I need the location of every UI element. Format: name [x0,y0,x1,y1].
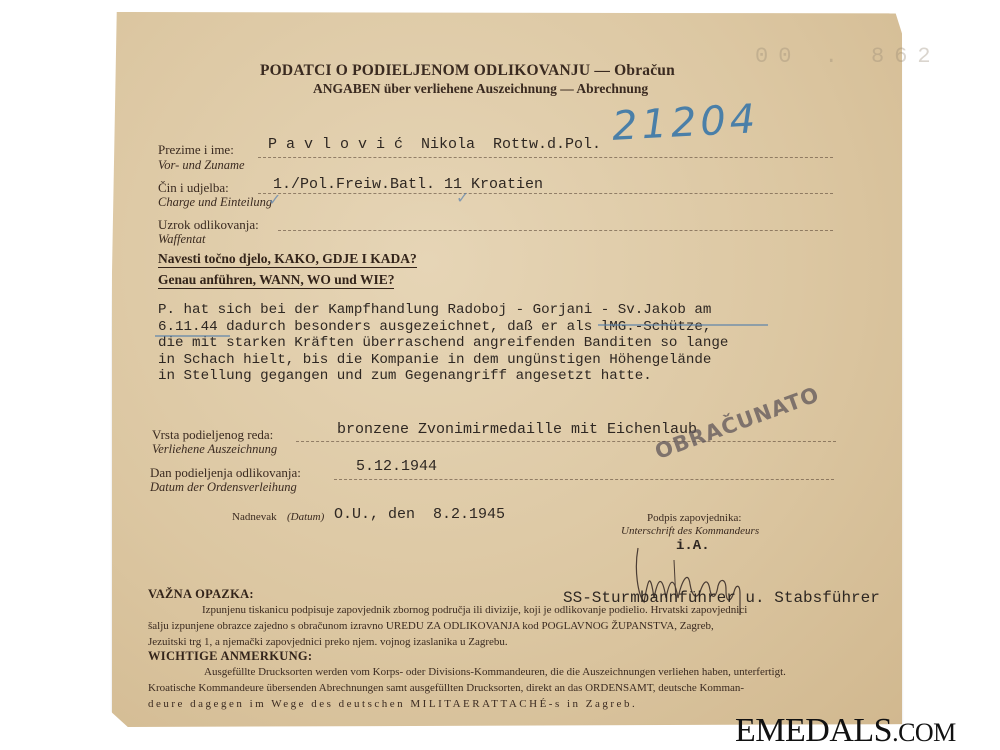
notes-de-line: Ausgefüllte Drucksorten werden vom Korps… [148,664,786,680]
signature-label-hr: Podpis zapovjednika: [647,512,741,524]
reason-label-de: Waffentat [158,232,205,247]
notes-de-line: deure dagegen im Wege des deutschen MILI… [148,696,786,712]
notes-hr-line: Izpunjenu tiskanicu podpisuje zapovjedni… [148,602,747,618]
award-date-label-hr: Dan podieljenja odlikovanja: [150,465,301,481]
name-label-de: Vor- und Zuname [158,158,245,173]
notes-hr-heading: VAŽNA OPAZKA: [148,587,254,602]
award-type-label-hr: Vrsta podieljenog reda: [152,427,273,443]
narrative-line: in Schach hielt, bis die Kompanie in dem… [158,352,728,369]
reason-dotted-line [278,230,833,231]
document-subtitle: ANGABEN über verliehene Auszeichnung — A… [313,81,648,97]
award-date-label-de: Datum der Ordensverleihung [150,480,297,495]
award-type-label-de: Verliehene Auszeichnung [152,442,277,457]
rank-unit-dotted-line [258,193,833,194]
instruction-de: Genau anführen, WANN, WO und WIE? [158,272,394,289]
narrative-line: 6.11.44 dadurch besonders ausgezeichnet,… [158,319,728,336]
narrative-line: die mit starken Kräften überraschend ang… [158,335,728,352]
watermark-domain: .COM [892,718,956,747]
narrative-line: P. hat sich bei der Kampfhandlung Radobo… [158,302,728,319]
reason-label-hr: Uzrok odlikovanja: [158,217,259,233]
name-dotted-line [258,157,833,158]
handwritten-number: 21204 [611,96,760,150]
dated-value: O.U., den 8.2.1945 [334,506,505,523]
name-value: P a v l o v i ć Nikola Rottw.d.Pol. [268,136,601,153]
name-label-hr: Prezime i ime: [158,142,234,158]
award-date-value: 5.12.1944 [356,458,437,475]
faint-stamped-number: 00 . 862 [755,44,941,69]
rank-unit-label-de: Charge und Einteilung [158,195,272,210]
narrative-line: in Stellung gegangen und zum Gegenangrif… [158,368,728,385]
notes-de-body: Ausgefüllte Drucksorten werden vom Korps… [148,664,786,712]
pencil-check-mark-icon: ✓ [456,188,469,207]
rank-unit-label-hr: Čin i udjelba: [158,180,229,196]
award-date-dotted-line [334,479,834,480]
notes-hr-body: Izpunjenu tiskanicu podpisuje zapovjedni… [148,602,747,650]
pencil-underline [598,324,768,326]
notes-hr-line: šalju izpunjene obrazce zajedno s obraču… [148,618,747,634]
rank-unit-value: 1./Pol.Freiw.Batl. 11 Kroatien [273,176,543,193]
emedals-watermark: EMEDALS.COM [735,712,956,750]
notes-de-heading: WICHTIGE ANMERKUNG: [148,649,312,664]
pencil-check-mark-icon: ✓ [268,190,281,209]
signature-label-de: Unterschrift des Kommandeurs [621,525,759,537]
dated-label-de: (Datum) [287,511,324,523]
notes-hr-line: Jezuitski trg 1, a njemački zapovjednici… [148,634,747,650]
watermark-brand: EMEDALS [735,712,892,749]
instruction-hr: Navesti točno djelo, KAKO, GDJE I KADA? [158,251,417,268]
document-title: PODATCI O PODIELJENOM ODLIKOVANJU — Obra… [260,62,675,80]
dated-label-hr: Nadnevak [232,511,277,523]
narrative-text: P. hat sich bei der Kampfhandlung Radobo… [158,302,728,385]
pencil-underline [155,335,230,337]
award-type-value: bronzene Zvonimirmedaille mit Eichenlaub [337,421,697,438]
award-type-dotted-line [296,441,836,442]
notes-de-line: Kroatische Kommandeure übersenden Abrech… [148,680,786,696]
